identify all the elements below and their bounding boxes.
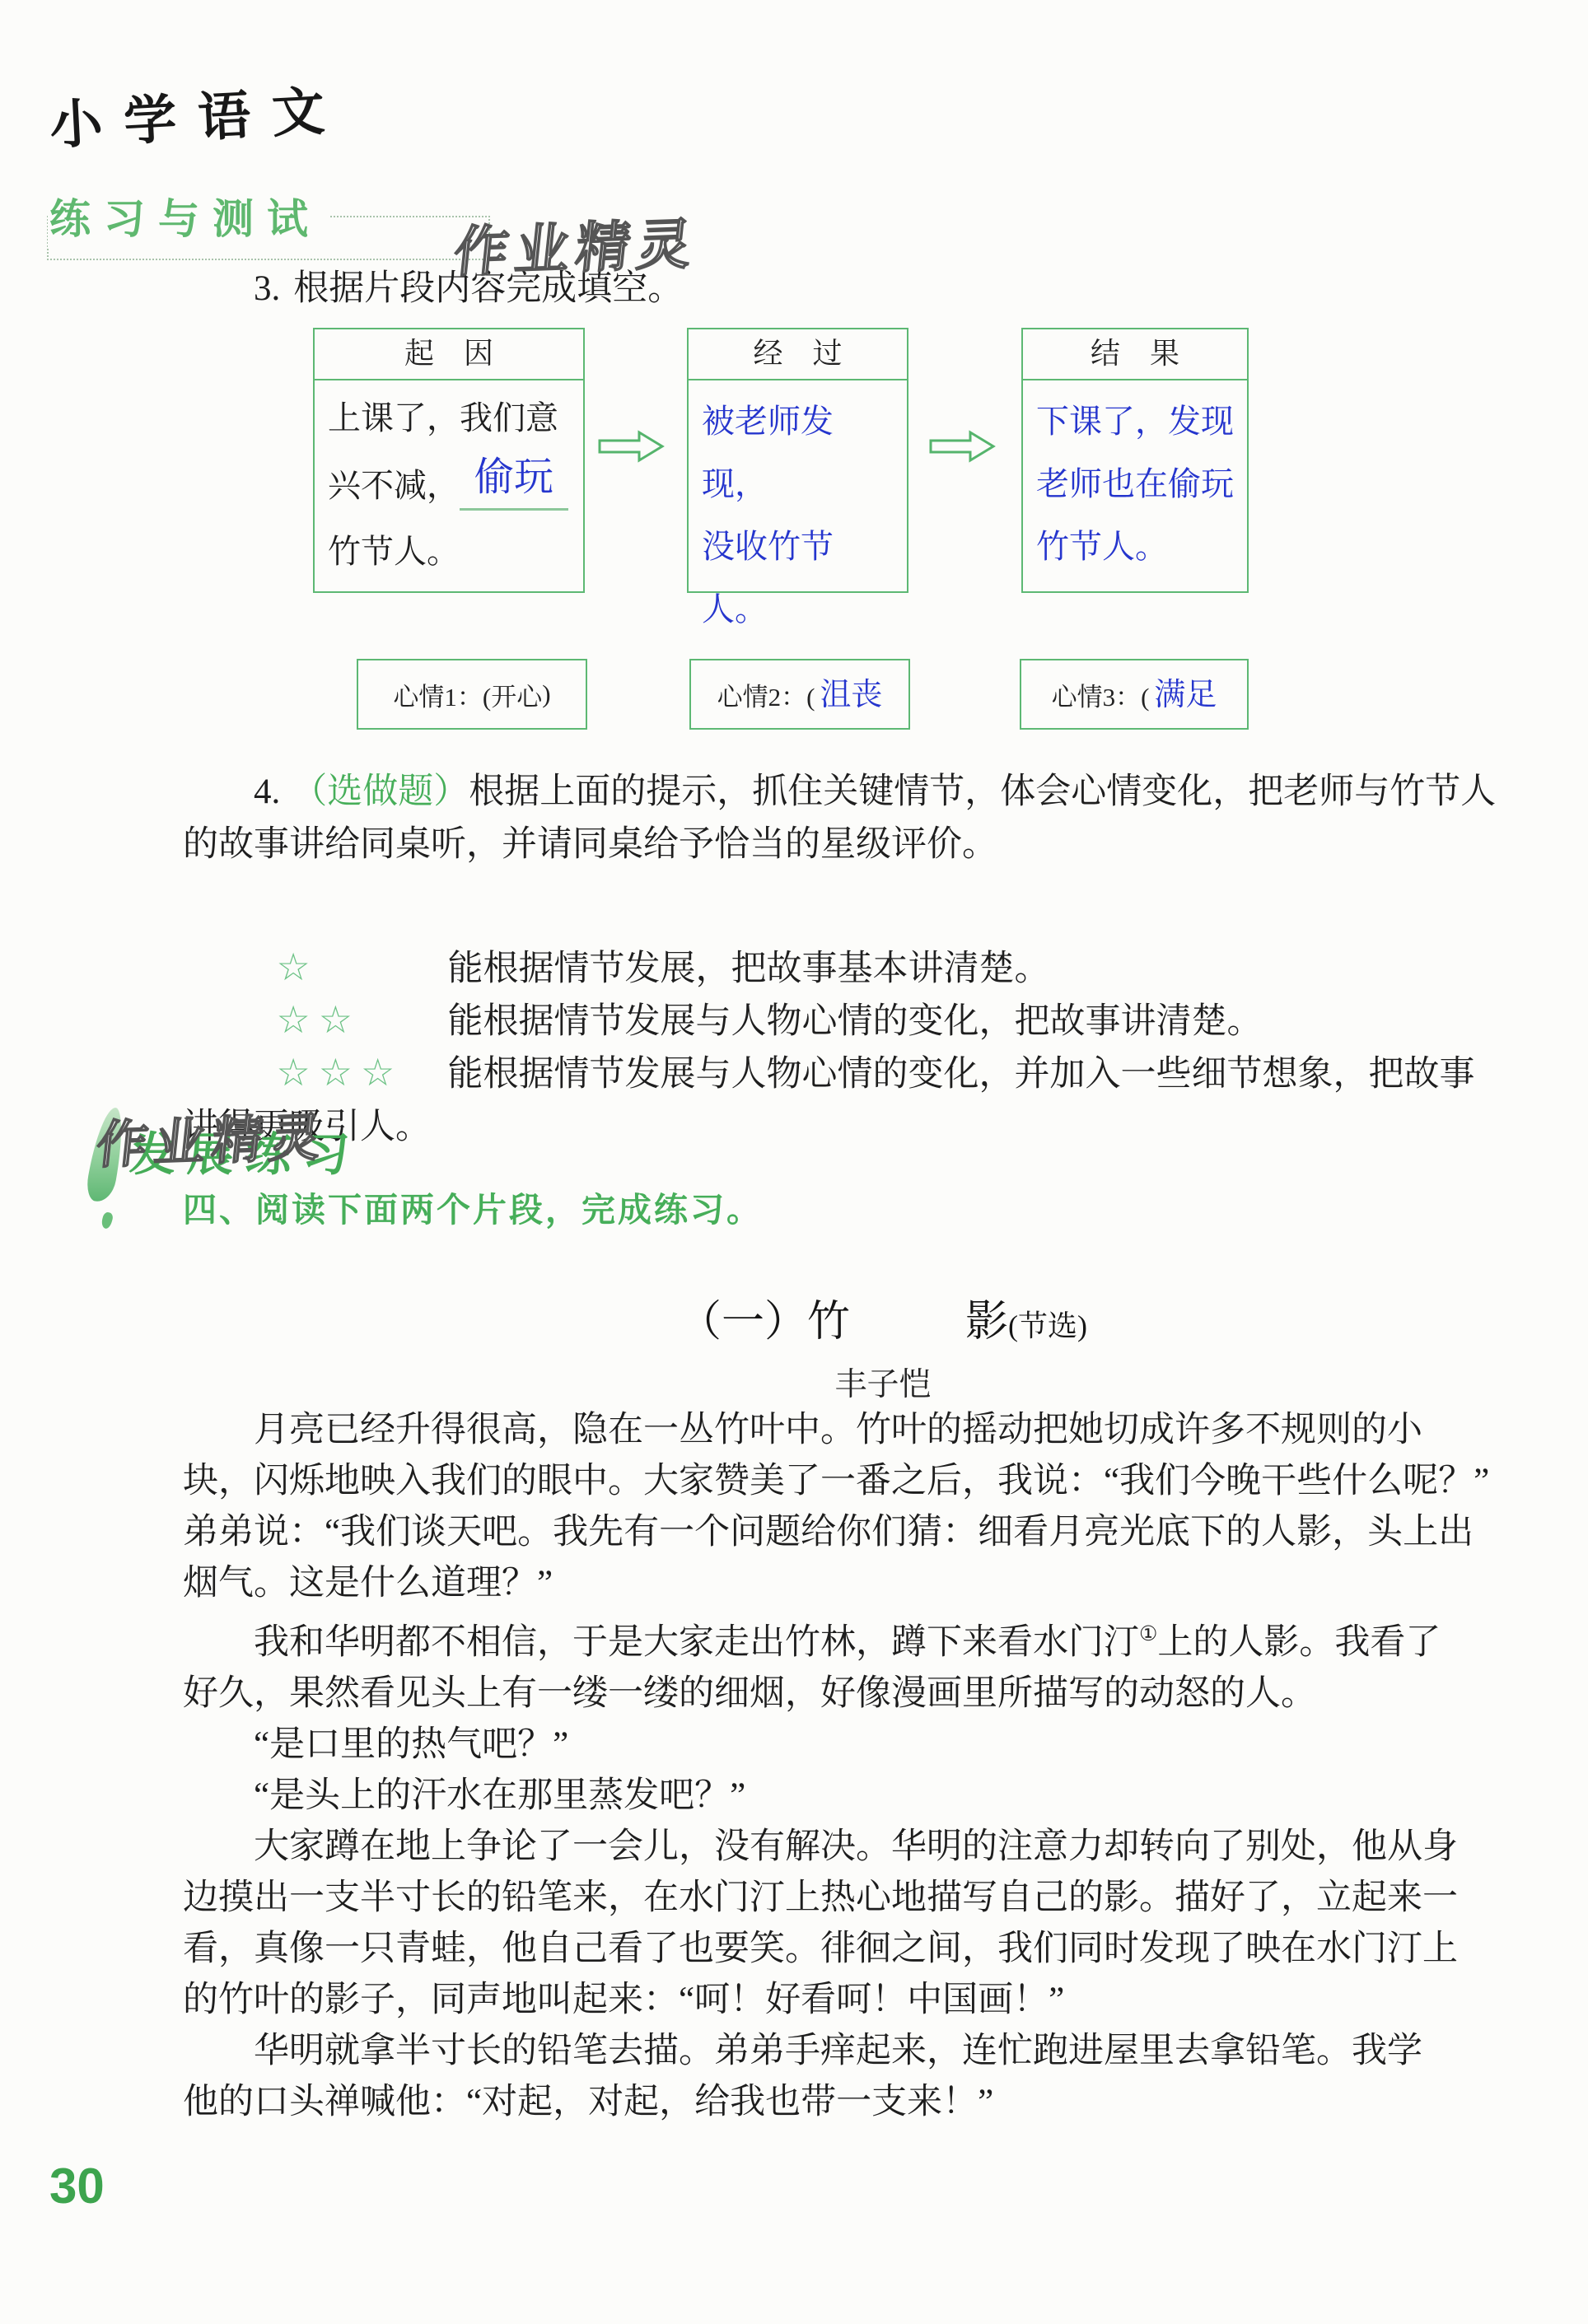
flow-box-result-header: 结 果 (1023, 329, 1247, 380)
reading-body: 月亮已经升得很高，隐在一丛竹叶中。竹叶的摇动把她切成许多不规则的小 块，闪烁地映… (183, 1405, 1583, 2128)
leaf-icon (84, 1105, 128, 1204)
question4-number: 4. (254, 772, 280, 811)
question3-text: 根据片段内容完成填空。 (293, 269, 683, 308)
reading-title-prefix: （一）竹 (679, 1299, 850, 1346)
question4-prompt: 4.（选做题）根据上面的提示，抓住关键情节，体会心情变化，把老师与竹节人 的故事… (183, 766, 1583, 871)
mood-2-answer: 沮丧 (815, 669, 882, 714)
arrow-right-icon (596, 428, 666, 469)
mood-3-label: 心情3：( (1052, 676, 1150, 713)
reading-title: （一）竹影(节选) (183, 1286, 1583, 1348)
page-number: 30 (49, 2158, 105, 2214)
flow-box-cause-header: 起 因 (315, 329, 583, 380)
brand-subtitle: 练习与测试 (48, 186, 329, 249)
brand-title: 小学语文 (48, 68, 348, 160)
flow-box-process-answer: 被老师发现， 没收竹节人。 (689, 380, 907, 641)
footnote-marker: ① (1139, 1623, 1157, 1645)
paragraph: “是头上的汗水在那里蒸发吧？” (183, 1771, 1583, 1822)
flow-box-process: 经 过 被老师发现， 没收竹节人。 (687, 328, 908, 593)
star-icon: ☆☆☆ (201, 1046, 448, 1099)
leaf-dot-icon (100, 1211, 114, 1230)
workbook-page: { "page": { "brand_title": "小学语文", "bran… (0, 0, 1588, 2324)
reading-title-main: 影 (965, 1299, 1008, 1346)
flow-box-result-answer: 下课了，发现 老师也在偷玩 竹节人。 (1023, 380, 1247, 578)
mood-3-answer: 满足 (1149, 669, 1217, 714)
flow-box-cause: 起 因 上课了，我们意 兴不减，偷玩 竹节人。 (313, 328, 585, 593)
paragraph: 大家蹲在地上争论了一会儿，没有解决。华明的注意力却转向了别处，他从身 边摸出一支… (183, 1822, 1583, 2026)
mood-1-label: 心情1：( (393, 676, 491, 713)
reading-author: 丰子恺 (183, 1359, 1583, 1405)
mood-2-label: 心情2：( (717, 676, 815, 713)
paragraph: 月亮已经升得很高，隐在一丛竹叶中。竹叶的摇动把她切成许多不规则的小 块，闪烁地映… (183, 1405, 1583, 1609)
question3-number: 3. (254, 269, 280, 308)
section-header: 发展练习 (128, 1118, 363, 1184)
flow-box-cause-body: 上课了，我们意 兴不减，偷玩 竹节人。 (315, 380, 583, 585)
mood-1-suffix: ) (542, 679, 550, 709)
mood-box-1: 心情1：(开心) (357, 659, 587, 730)
rating-row-3: ☆☆☆能根据情节发展与人物心情的变化，并加入一些细节想象，把故事 讲得更吸引人。 (183, 993, 1583, 1154)
mood-box-3: 心情3：(满足 (1020, 659, 1249, 730)
mood-box-2: 心情2：(沮丧 (689, 659, 910, 730)
flow-box-result: 结 果 下课了，发现 老师也在偷玩 竹节人。 (1021, 328, 1249, 593)
fill-blank[interactable]: 偷玩 (460, 451, 568, 511)
question3-prompt: 3.根据片段内容完成填空。 (254, 260, 683, 310)
arrow-right-icon (927, 428, 997, 469)
paragraph: “是口里的热气吧？” (183, 1720, 1583, 1771)
reading-title-note: (节选) (1008, 1309, 1087, 1342)
question4-optional-tag: （选做题） (292, 772, 469, 811)
fill-blank-answer: 偷玩 (460, 445, 568, 502)
paragraph: 华明就拿半寸长的铅笔去描。弟弟手痒起来，连忙跑进屋里去拿铅笔。我学 他的口头禅喊… (183, 2026, 1583, 2128)
mood-1-answer: 开心 (491, 676, 542, 713)
section-instruction: 四、阅读下面两个片段，完成练习。 (183, 1183, 763, 1231)
flow-box-cause-post: 竹节人。 (328, 533, 460, 570)
paragraph: 我和华明都不相信，于是大家走出竹林，蹲下来看水门汀①上的人影。我看了 好久，果然… (183, 1609, 1583, 1720)
paragraph-text: 我和华明都不相信，于是大家走出竹林，蹲下来看水门汀 (254, 1623, 1139, 1662)
flow-box-process-header: 经 过 (689, 329, 907, 380)
